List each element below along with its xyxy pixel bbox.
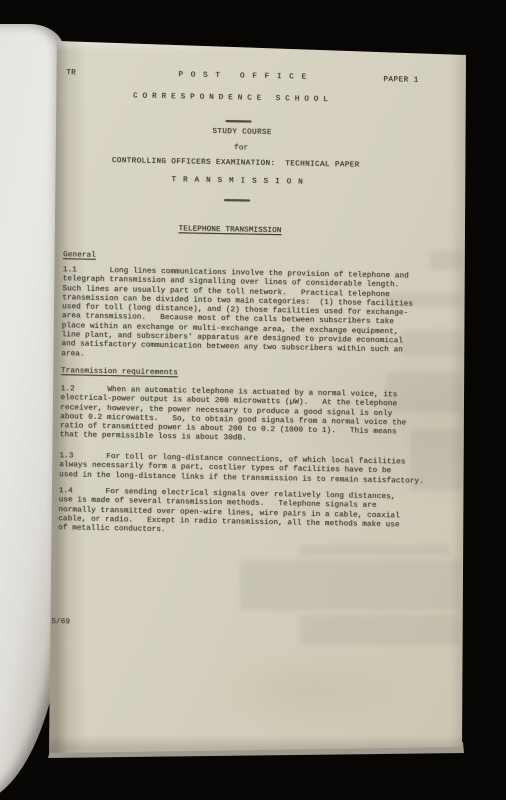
paragraph-1-1: 1.1 Long lines communications involve th… <box>61 266 413 365</box>
paper-number-label: PAPER 1 <box>383 76 419 86</box>
course-for: for <box>234 144 248 154</box>
section-heading-general: General <box>63 251 96 261</box>
org-name-line2: C O R R E S P O N D E N C E S C H O O L <box>133 92 328 105</box>
separator-rule <box>226 120 252 122</box>
org-name-line1: P O S T O F F I C E <box>178 71 307 83</box>
course-subject: T R A N S M I S S I O N <box>171 176 304 188</box>
course-exam-line: CONTROLLING OFFICERS EXAMINATION: TECHNI… <box>112 157 360 171</box>
main-heading: TELEPHONE TRANSMISSION <box>178 225 281 236</box>
paragraph-1-3: 1.3 For toll or long-distance connection… <box>59 452 424 487</box>
separator-rule <box>224 199 250 201</box>
course-title: STUDY COURSE <box>212 128 272 138</box>
paragraph-1-4: 1.4 For sending electrical signals over … <box>58 487 400 540</box>
document-page: TR P O S T O F F I C E PAPER 1 C O R R E… <box>0 0 506 800</box>
paragraph-1-2: 1.2 When an automatic telephone is actua… <box>60 385 407 447</box>
photo-of-open-book: { "colors": { "background": "#070604", "… <box>0 0 506 800</box>
section-heading-transmission-requirements: Transmission requirements <box>61 367 178 378</box>
corner-label: TR <box>66 69 76 78</box>
footer-date-code: 5/69 <box>51 618 70 628</box>
typed-content: TR P O S T O F F I C E PAPER 1 C O R R E… <box>44 41 466 757</box>
